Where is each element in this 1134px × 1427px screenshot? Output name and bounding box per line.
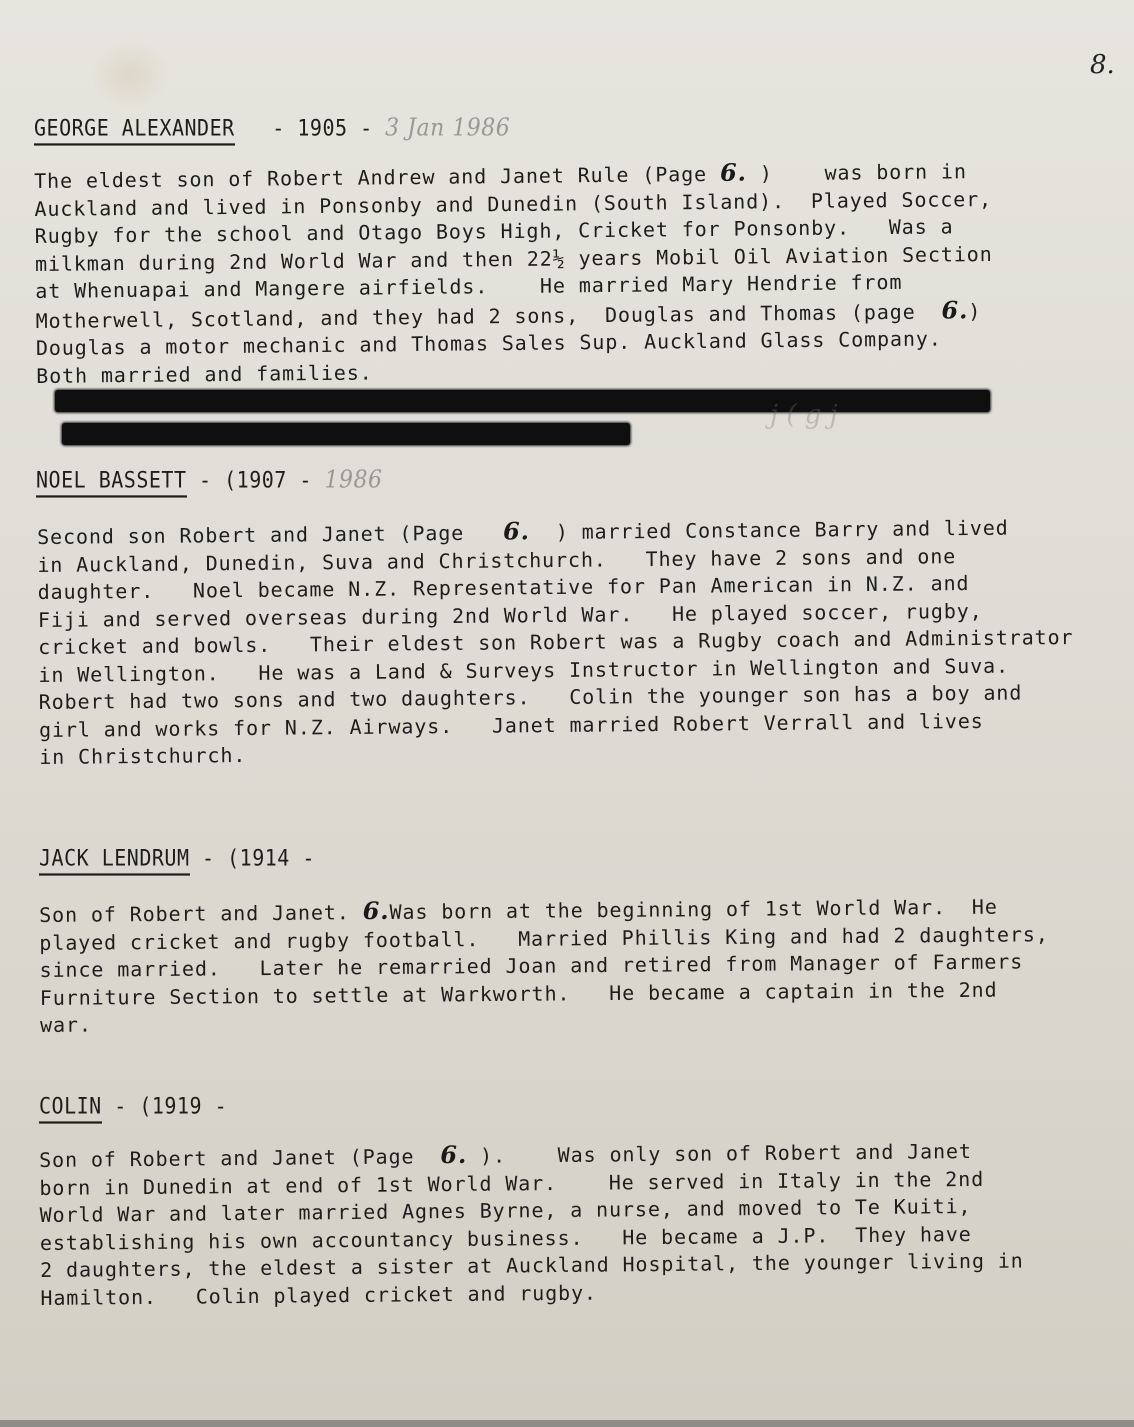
section-body: Son of Robert and Janet. 6.Was born at t… bbox=[39, 891, 1050, 1039]
handwritten-page-ref: 6. bbox=[720, 158, 747, 187]
handwritten-page-ref: 6. bbox=[440, 1140, 467, 1169]
person-name: COLIN bbox=[39, 1093, 102, 1124]
document-page: 8. GEORGE ALEXANDER - 1905 - 3 Jan 1986 … bbox=[0, 0, 1134, 1420]
redaction-bar bbox=[55, 390, 990, 412]
dates-typed: - (1919 - bbox=[114, 1093, 227, 1119]
section-heading-george: GEORGE ALEXANDER - 1905 - 3 Jan 1986 bbox=[34, 115, 510, 143]
section-body: The eldest son of Robert Andrew and Jane… bbox=[34, 156, 994, 390]
paper-stain bbox=[90, 40, 170, 110]
section-body: Son of Robert and Janet (Page 6. ). Was … bbox=[39, 1136, 1024, 1312]
dates-handwritten: 3 Jan 1986 bbox=[385, 115, 510, 143]
section-heading-noel: NOEL BASSETT - (1907 - 1986 bbox=[36, 467, 382, 495]
dates-typed: - 1905 - bbox=[272, 115, 372, 141]
dates-typed: - (1907 - bbox=[199, 467, 312, 493]
person-name: GEORGE ALEXANDER bbox=[34, 115, 235, 146]
handwritten-page-ref: 6. bbox=[363, 896, 390, 925]
section-body: Second son Robert and Janet (Page 6. ) m… bbox=[37, 512, 1075, 771]
handwritten-page-ref: 6. bbox=[941, 295, 968, 324]
dates-typed: - (1914 - bbox=[202, 845, 315, 871]
handwritten-page-ref: 6. bbox=[503, 516, 530, 545]
dates-handwritten: 1986 bbox=[324, 467, 382, 495]
section-heading-jack: JACK LENDRUM - (1914 - bbox=[39, 845, 315, 871]
background-edge bbox=[0, 1420, 1134, 1427]
redaction-bar bbox=[62, 423, 630, 445]
ghost-handwriting: j ( g j bbox=[770, 400, 838, 430]
person-name: NOEL BASSETT bbox=[36, 467, 187, 498]
person-name: JACK LENDRUM bbox=[39, 845, 190, 876]
section-heading-colin: COLIN - (1919 - bbox=[39, 1093, 227, 1119]
page-number: 8. bbox=[1090, 50, 1115, 80]
